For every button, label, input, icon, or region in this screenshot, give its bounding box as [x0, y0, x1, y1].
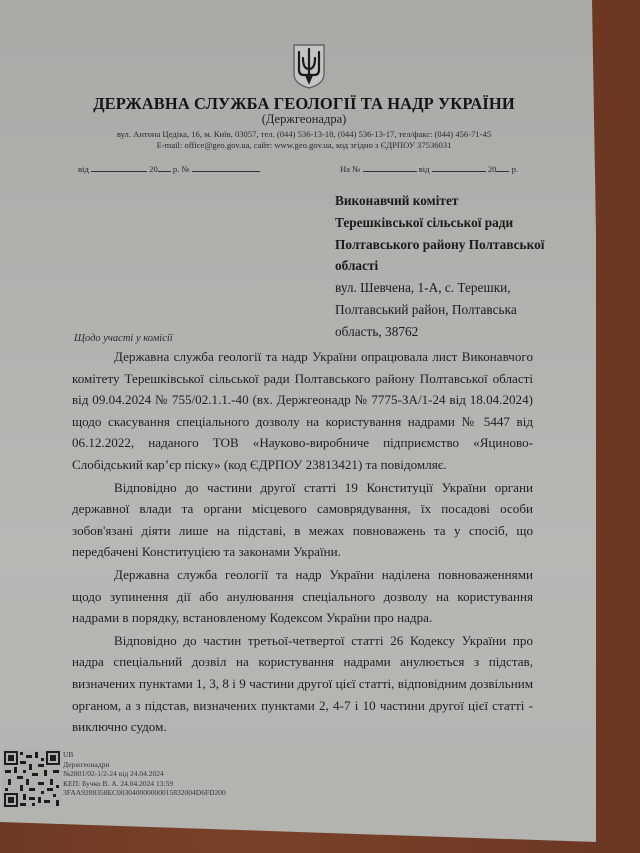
recipient-line: Виконавчий комітет — [335, 190, 605, 212]
year-prefix: 20 — [149, 164, 158, 174]
e-signature-stamp: UB Держгеонадри №2801/02-1/2-24 від 24.0… — [63, 750, 226, 798]
date-blank — [91, 163, 147, 172]
org-contacts: вул. Антона Цедіка, 16, м. Київ, 03057, … — [0, 129, 608, 151]
year-suffix: р. — [512, 164, 518, 174]
org-contact-line: E-mail: office@geo.gov.ua, сайт: www.geo… — [0, 140, 608, 151]
year-blank — [496, 163, 509, 172]
number-blank — [192, 163, 260, 172]
body-paragraph: Державна служба геології та надр України… — [72, 346, 533, 476]
letter-body: Державна служба геології та надр України… — [72, 346, 533, 738]
from-label: від — [78, 164, 89, 174]
stamp-certificate-id: 3FAA9288358EC003040000000015832004D6FD20… — [63, 788, 226, 798]
year-prefix: 20 — [488, 164, 497, 174]
recipient-line: Терешківської сільської ради — [335, 212, 605, 234]
incoming-reference: На № від 20 р. — [340, 163, 518, 174]
recipient-address-line: область, 38762 — [335, 321, 605, 343]
body-paragraph: Відповідно до частин третьої-четвертої с… — [72, 630, 533, 738]
number-label: р. № — [173, 164, 190, 174]
stamp-line: Держгеонадри — [63, 760, 226, 770]
document-photo: ДЕРЖАВНА СЛУЖБА ГЕОЛОГІЇ ТА НАДР УКРАЇНИ… — [0, 0, 640, 853]
recipient-line: області — [335, 255, 605, 277]
letter-subject: Щодо участі у комісії — [74, 333, 173, 344]
body-paragraph: Відповідно до частини другої статті 19 К… — [72, 477, 533, 563]
recipient-address-line: вул. Шевчена, 1-А, с. Терешки, — [335, 277, 605, 299]
trident-coat-of-arms-icon — [291, 42, 327, 90]
recipient-address-line: Полтавський район, Полтавська — [335, 299, 605, 321]
org-abbreviation: (Держгеонадра) — [0, 112, 608, 127]
qr-code-icon — [2, 749, 62, 809]
org-name: ДЕРЖАВНА СЛУЖБА ГЕОЛОГІЇ ТА НАДР УКРАЇНИ — [0, 94, 608, 114]
year-blank — [158, 163, 171, 172]
outgoing-registration: від 20 р. № — [78, 163, 260, 174]
ref-blank — [363, 163, 417, 172]
date-blank — [432, 163, 486, 172]
stamp-line: UB — [63, 750, 226, 760]
recipient-line: Полтавського району Полтавської — [335, 234, 605, 256]
org-address-line: вул. Антона Цедіка, 16, м. Київ, 03057, … — [0, 129, 608, 140]
stamp-signer: КЕП: Бучко В. А. 24.04.2024 13:59 — [63, 779, 226, 789]
ref-label: На № — [340, 164, 360, 174]
from-label: від — [419, 164, 430, 174]
recipient-block: Виконавчий комітет Терешківської сільськ… — [335, 190, 605, 343]
body-paragraph: Державна служба геології та надр України… — [72, 564, 533, 629]
stamp-registration-number: №2801/02-1/2-24 від 24.04.2024 — [63, 769, 226, 779]
